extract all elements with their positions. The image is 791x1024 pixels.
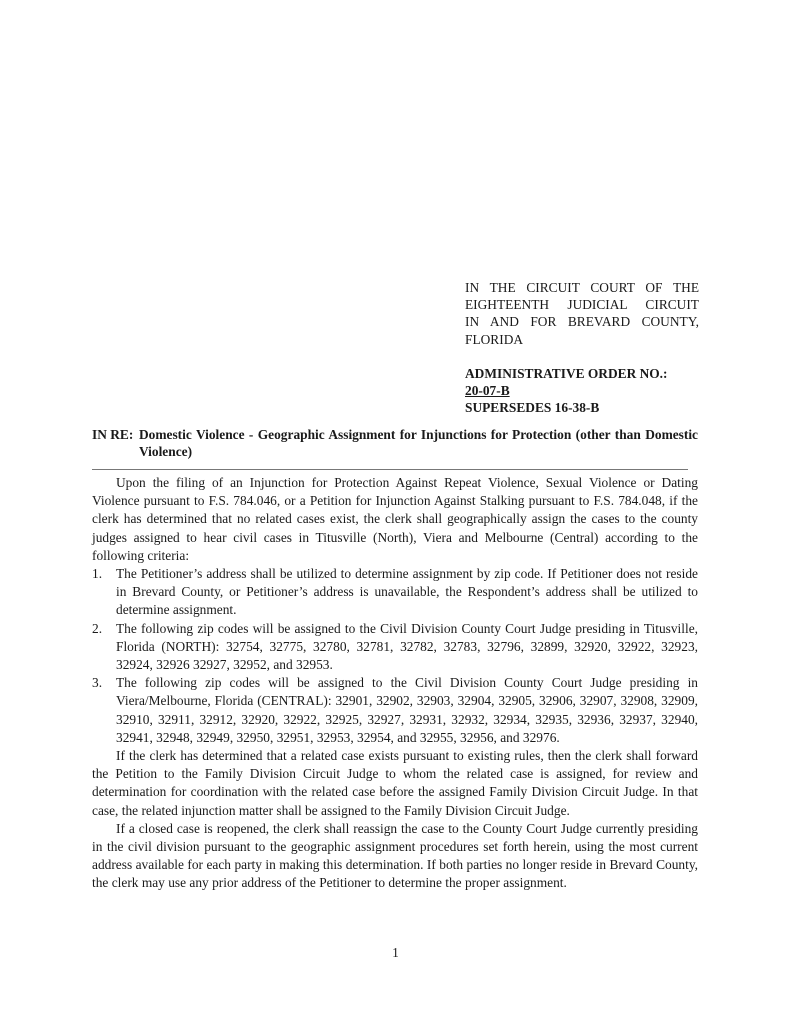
order-number: 20-07-B [465,383,510,398]
intro-paragraph: Upon the filing of an Injunction for Pro… [92,474,698,565]
administrative-order-block: ADMINISTRATIVE ORDER NO.: 20-07-B SUPERS… [465,365,699,417]
section-divider [92,469,688,470]
list-text: The Petitioner’s address shall be utiliz… [116,566,698,617]
list-number: 2. [92,620,102,638]
list-number: 3. [92,674,102,692]
case-caption: IN THE CIRCUIT COURT OF THE EIGHTEENTH J… [465,279,699,416]
court-line: IN AND FOR BREVARD COUNTY, [465,313,699,330]
order-body: Upon the filing of an Injunction for Pro… [92,474,698,893]
criteria-list: 1. The Petitioner’s address shall be uti… [92,565,698,747]
in-re-subject: Domestic Violence - Geographic Assignmen… [139,427,698,460]
list-item: 3. The following zip codes will be assig… [92,674,698,747]
order-label: ADMINISTRATIVE ORDER NO.: [465,365,699,382]
court-line: EIGHTEENTH JUDICIAL CIRCUIT [465,296,699,313]
court-name: IN THE CIRCUIT COURT OF THE EIGHTEENTH J… [465,279,699,348]
reopened-case-paragraph: If a closed case is reopened, the clerk … [92,820,698,893]
supersedes-note: SUPERSEDES 16-38-B [465,399,699,416]
list-number: 1. [92,565,102,583]
court-line: FLORIDA [465,331,699,348]
list-item: 1. The Petitioner’s address shall be uti… [92,565,698,620]
in-re-heading: IN RE: Domestic Violence - Geographic As… [92,427,698,460]
list-text: The following zip codes will be assigned… [116,675,698,745]
in-re-label: IN RE: [92,427,133,444]
page-number: 1 [0,945,791,961]
list-item: 2. The following zip codes will be assig… [92,620,698,675]
related-case-paragraph: If the clerk has determined that a relat… [92,747,698,820]
court-line: IN THE CIRCUIT COURT OF THE [465,279,699,296]
list-text: The following zip codes will be assigned… [116,621,698,672]
